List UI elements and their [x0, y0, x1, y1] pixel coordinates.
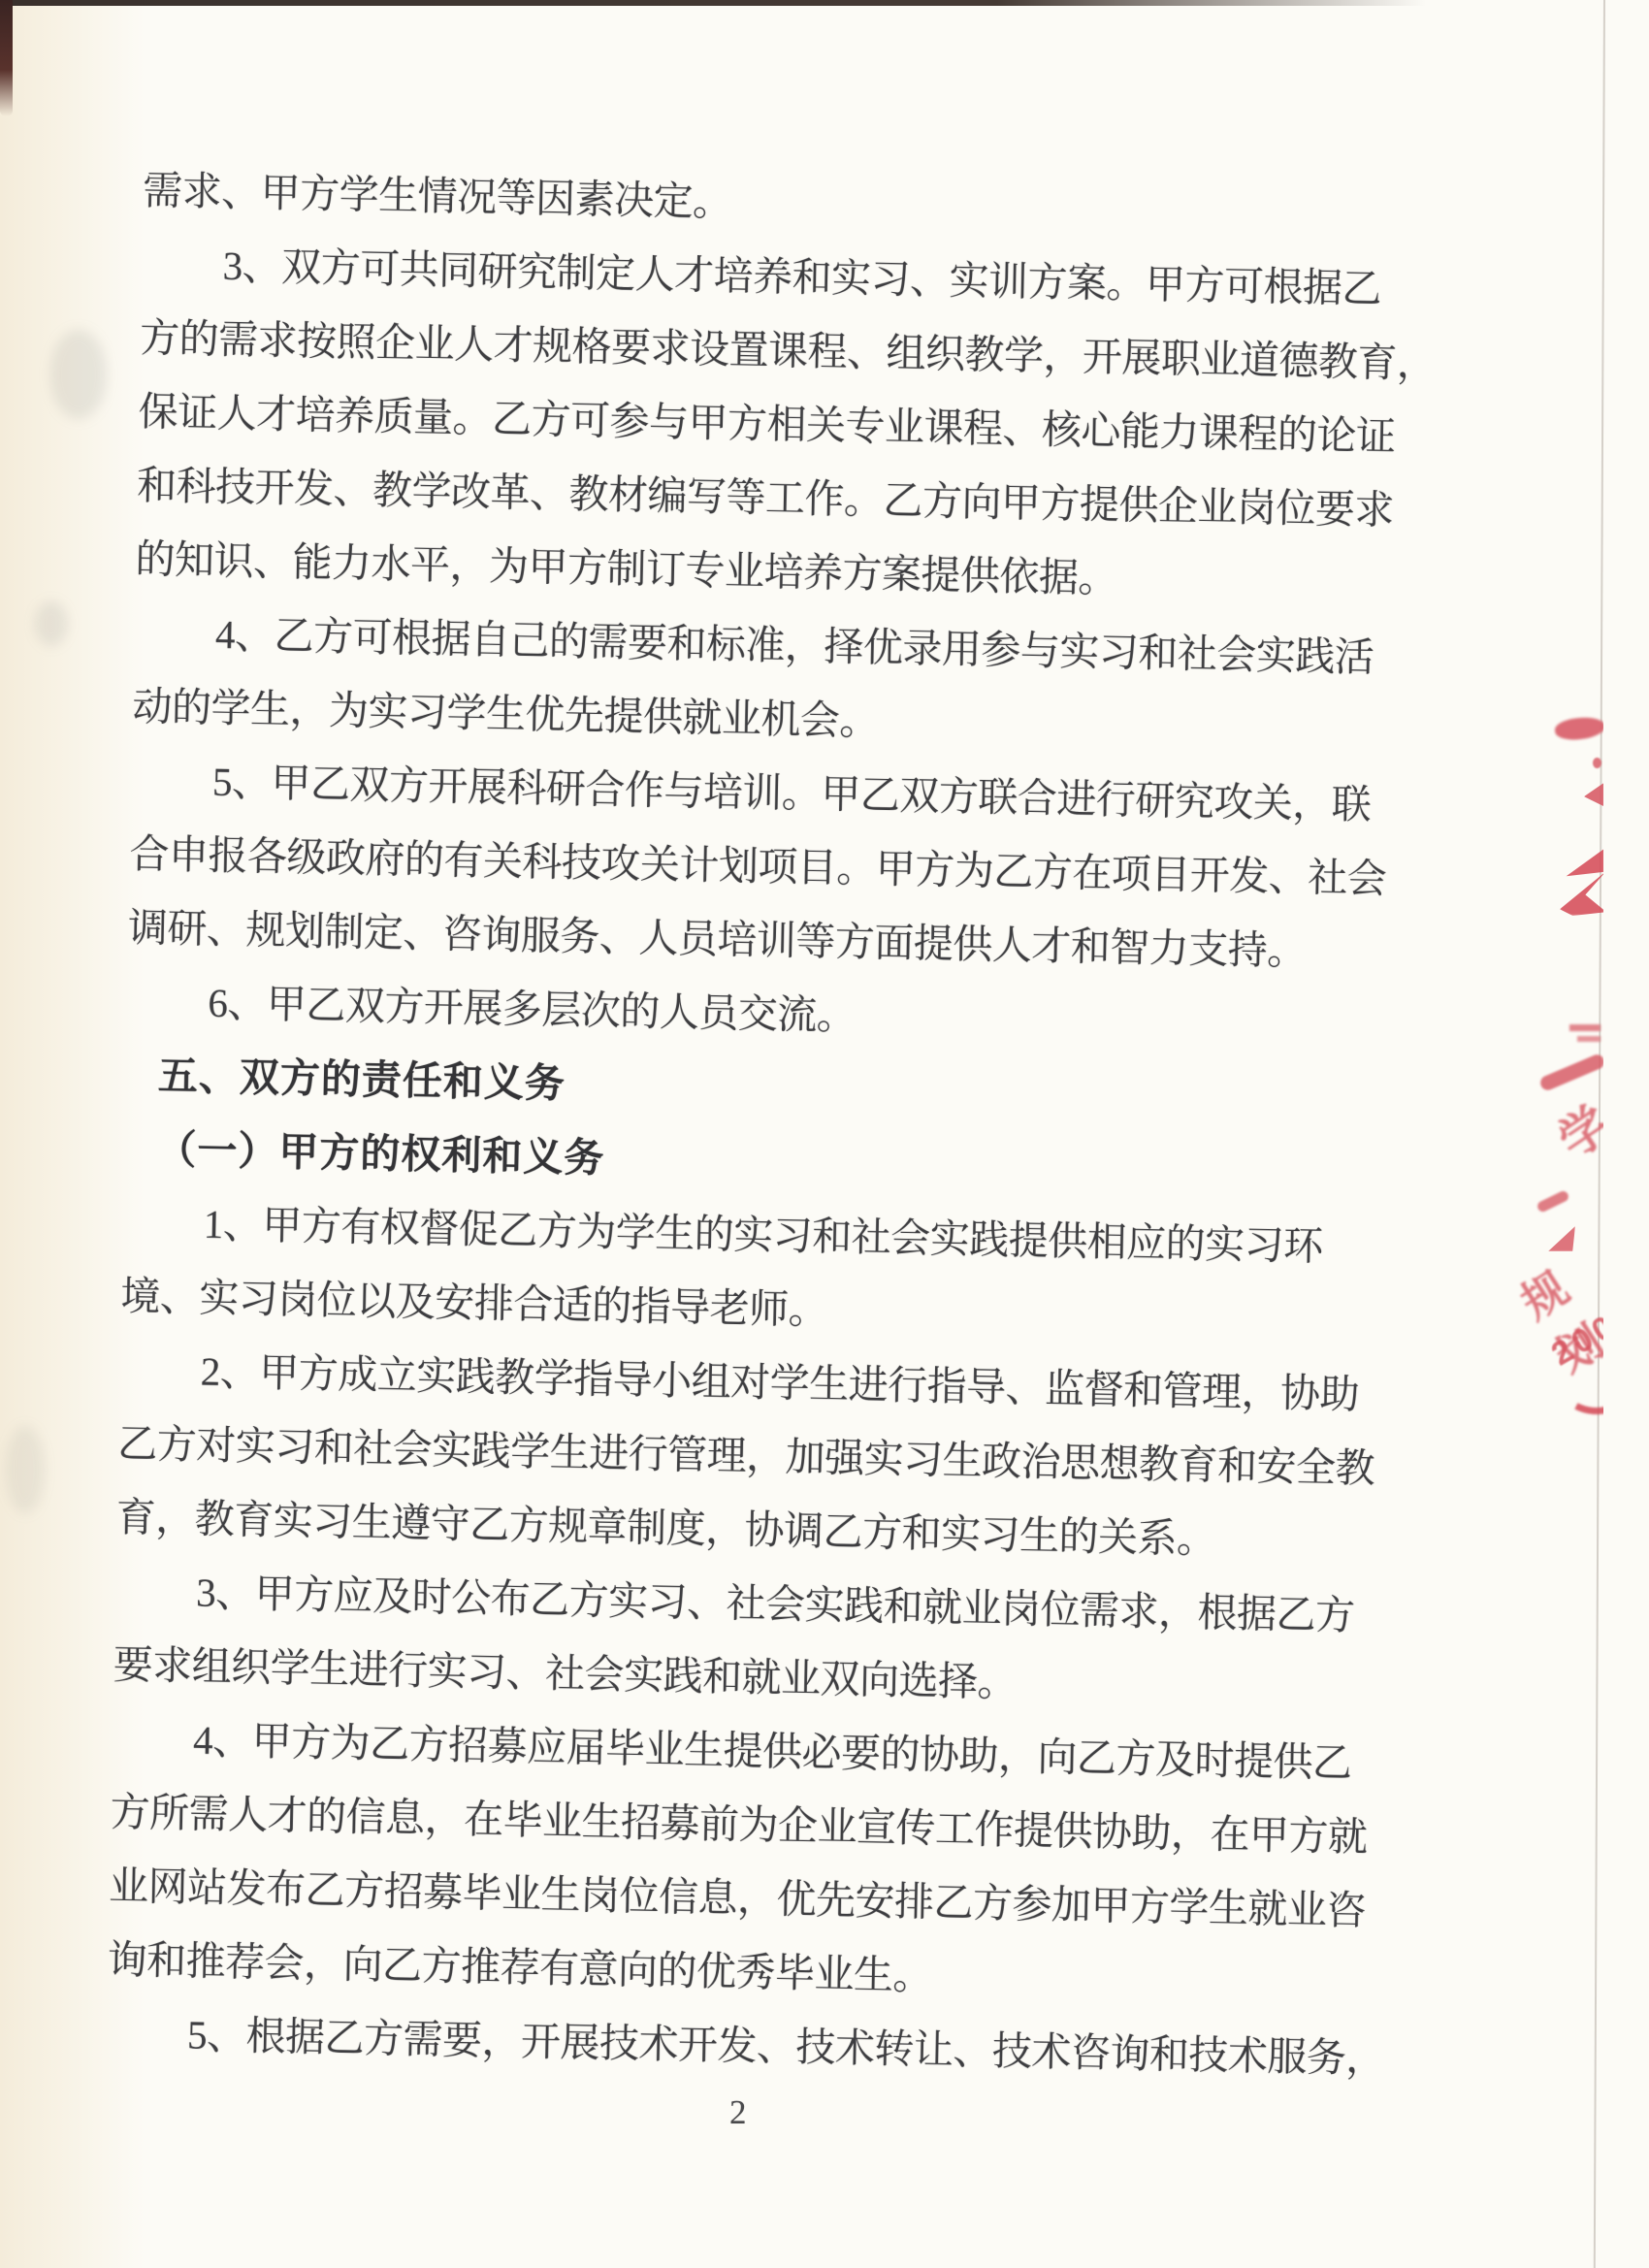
seal-stroke-fragment — [1536, 1189, 1569, 1214]
page-number: 2 — [729, 2093, 747, 2132]
seal-tiny-text-fragment — [1577, 1036, 1600, 1042]
seal-characters: 规划 — [1507, 1242, 1603, 1385]
seal-smear-fragment — [1554, 715, 1603, 742]
scan-corner-artifact — [0, 0, 13, 116]
seal-year-digits: 200 — [1545, 1307, 1603, 1375]
scan-top-edge-artifact — [0, 0, 1426, 6]
scan-smudge — [6, 1426, 45, 1513]
scanned-contract-page: 需求、甲方学生情况等因素决定。 3、双方可共同研究制定人才培养和实习、实训方案。… — [0, 0, 1649, 2268]
scan-smudge — [35, 601, 68, 646]
seal-stroke-fragment — [1538, 1053, 1603, 1092]
seal-wedge-fragment — [1548, 1226, 1575, 1251]
seal-star-fragment — [1560, 869, 1603, 916]
seal-ring-arc-fragment — [1536, 1305, 1603, 1427]
seal-character: 学 — [1542, 1086, 1603, 1172]
page-fold-line — [1594, 0, 1605, 2268]
seal-tiny-text-fragment — [1569, 1024, 1600, 1031]
seal-star-fragment — [1564, 846, 1603, 879]
contract-body-text: 需求、甲方学生情况等因素决定。 3、双方可共同研究制定人才培养和实习、实训方案。… — [105, 153, 1501, 2097]
scan-smudge — [50, 330, 107, 419]
